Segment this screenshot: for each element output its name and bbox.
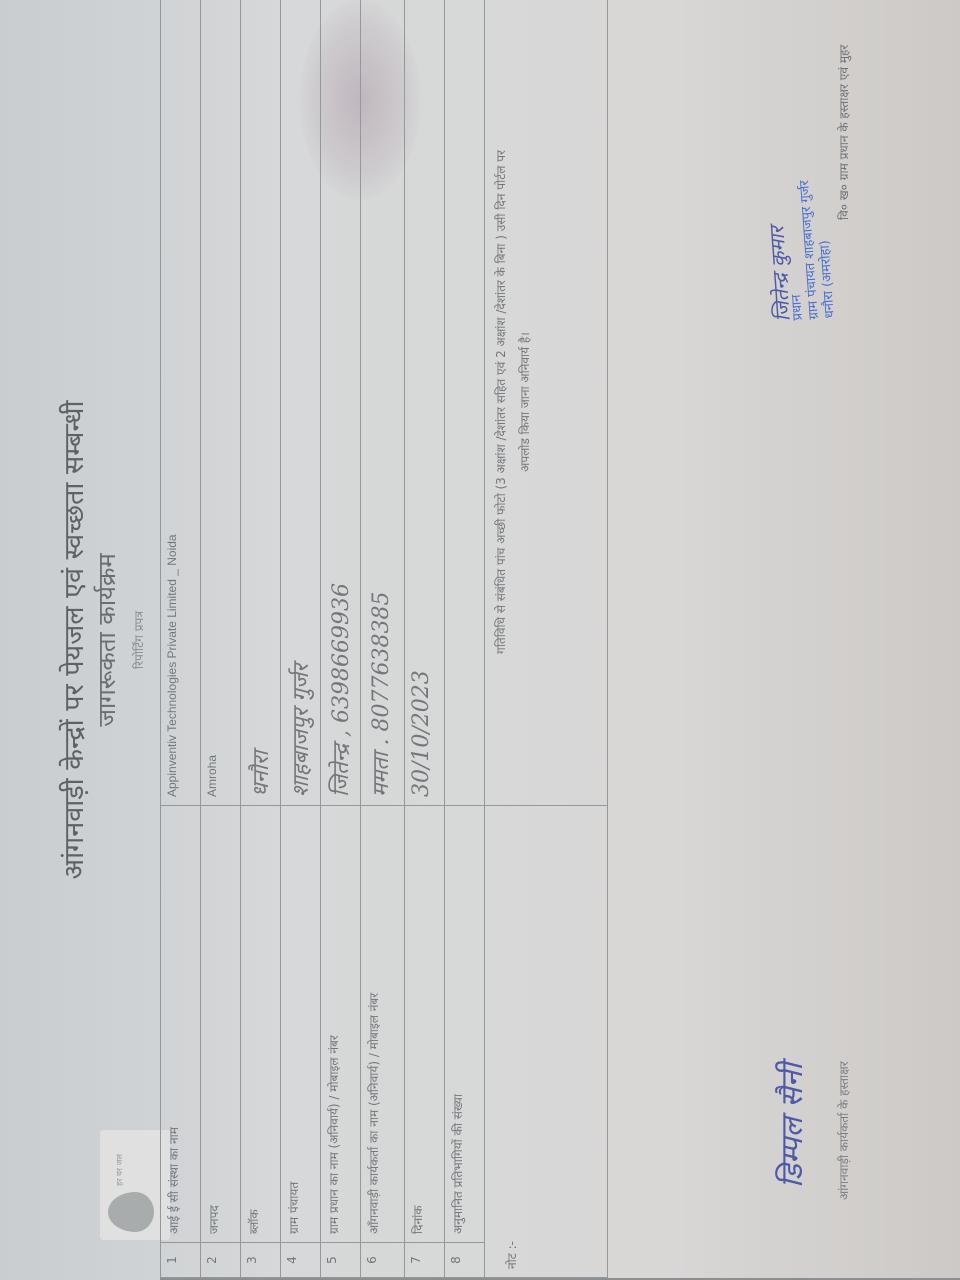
row-number: 5 bbox=[321, 1243, 361, 1278]
row-value: Appinventiv Technologies Private Limited… bbox=[161, 0, 201, 806]
form-row: 3ब्लॉकधनौरा bbox=[241, 0, 281, 1278]
row-number: 2 bbox=[201, 1243, 241, 1278]
form-row: 2जनपदAmroha bbox=[201, 0, 241, 1278]
form-row: 7दिनांक30/10/2023 bbox=[405, 0, 445, 1278]
row-number: 1 bbox=[161, 1243, 201, 1278]
row-label: आई ई सी संस्था का नाम bbox=[161, 806, 201, 1243]
note-text-line2: अपलोड किया जाना अनिवार्य है। bbox=[513, 7, 537, 797]
row-number: 4 bbox=[281, 1243, 321, 1278]
row-number: 7 bbox=[405, 1243, 445, 1278]
row-label: ग्राम प्रधान का नाम (अनिवार्य) / मोबाइल … bbox=[321, 806, 361, 1243]
row-value: ममता . 8077638385 bbox=[361, 0, 405, 806]
form-title-line1: आंगनवाड़ी केन्द्रों पर पेयजल एवं स्वच्छत… bbox=[54, 0, 91, 1280]
row-number: 6 bbox=[361, 1243, 405, 1278]
form-title-line2: जागरूकता कार्यक्रम bbox=[90, 0, 123, 1280]
form-row: 8अनुमानित प्रतिभागियों की संख्या bbox=[445, 0, 485, 1278]
row-value: 30/10/2023 bbox=[405, 0, 445, 806]
row-label: दिनांक bbox=[405, 806, 445, 1243]
report-form-sheet: हर घर जल आंगनवाड़ी केन्द्रों पर पेयजल एव… bbox=[0, 0, 960, 1280]
row-label: जनपद bbox=[201, 806, 241, 1243]
row-number: 8 bbox=[445, 1243, 485, 1278]
row-label: अनुमानित प्रतिभागियों की संख्या bbox=[445, 806, 485, 1243]
form-subtitle: रिपोर्टिंग प्रपत्र bbox=[130, 0, 147, 1280]
note-text-line1: गतिविधि से संबंधित पांच अच्छी फोटो (3 अक… bbox=[489, 7, 513, 797]
row-value: जितेन्द्र , 6398669936 bbox=[321, 0, 361, 806]
form-row: 1आई ई सी संस्था का नामAppinventiv Techno… bbox=[161, 0, 201, 1278]
row-label: ग्राम पंचायत bbox=[281, 806, 321, 1243]
row-value: शाहबाजपुर गुर्जर bbox=[281, 0, 321, 806]
row-label: आँगनवाड़ी कार्यकर्ता का नाम (अनिवार्य) /… bbox=[361, 806, 405, 1243]
note-row: नोट :- गतिविधि से संबंधित पांच अच्छी फोट… bbox=[485, 0, 608, 1278]
row-label: ब्लॉक bbox=[241, 806, 281, 1243]
pradhan-signature-caption: वि० ख० ग्राम प्रधान के हस्ताक्षर एवं मुह… bbox=[835, 45, 852, 220]
row-value bbox=[445, 0, 485, 806]
anganwadi-worker-signature-caption: आंगनवाड़ी कार्यकर्ता के हस्ताक्षर bbox=[835, 1061, 852, 1200]
note-text: गतिविधि से संबंधित पांच अच्छी फोटो (3 अक… bbox=[485, 0, 608, 806]
note-label: नोट :- bbox=[485, 806, 608, 1278]
report-table: 1आई ई सी संस्था का नामAppinventiv Techno… bbox=[160, 0, 608, 1278]
anganwadi-worker-signature: डिम्पल सैनी bbox=[770, 1063, 811, 1188]
form-row: 6आँगनवाड़ी कार्यकर्ता का नाम (अनिवार्य) … bbox=[361, 0, 405, 1278]
row-value: Amroha bbox=[201, 0, 241, 806]
form-row: 4ग्राम पंचायतशाहबाजपुर गुर्जर bbox=[281, 0, 321, 1278]
row-value: धनौरा bbox=[241, 0, 281, 806]
form-row: 5ग्राम प्रधान का नाम (अनिवार्य) / मोबाइल… bbox=[321, 0, 361, 1278]
row-number: 3 bbox=[241, 1243, 281, 1278]
pradhan-stamp: जितेन्द्र कुमार प्रधान ग्राम पंचायत शाहब… bbox=[765, 179, 839, 322]
